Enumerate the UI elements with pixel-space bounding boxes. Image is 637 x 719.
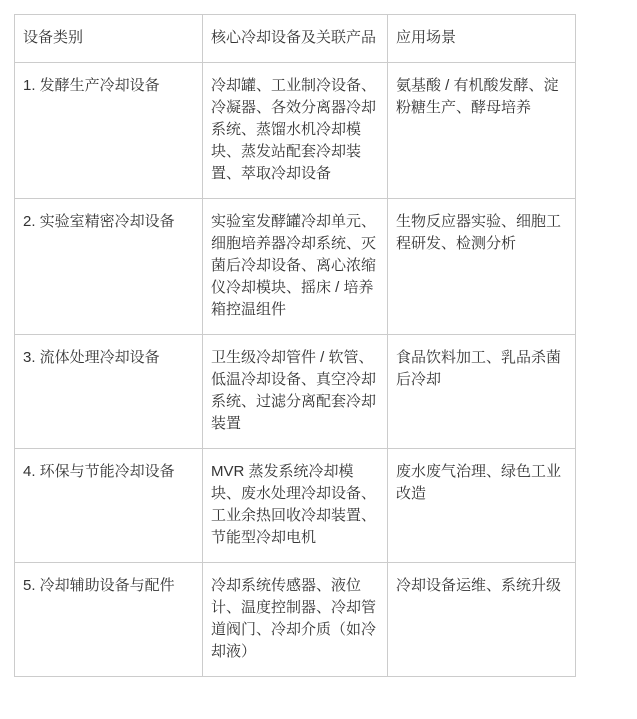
category-cell: 3. 流体处理冷却设备: [15, 335, 203, 449]
equipment-cell: 冷却系统传感器、液位计、温度控制器、冷却管道阀门、冷却介质（如冷却液）: [203, 563, 388, 677]
equipment-cell: 实验室发酵罐冷却单元、细胞培养器冷却系统、灭菌后冷却设备、离心浓缩仪冷却模块、摇…: [203, 199, 388, 335]
table-row: 1. 发酵生产冷却设备 冷却罐、工业制冷设备、冷凝器、各效分离器冷却系统、蒸馏水…: [15, 63, 576, 199]
header-core-cooling-equipment: 核心冷却设备及关联产品: [203, 15, 388, 63]
header-row: 设备类别 核心冷却设备及关联产品 应用场景: [15, 15, 576, 63]
category-cell: 4. 环保与节能冷却设备: [15, 449, 203, 563]
scenarios-cell: 生物反应器实验、细胞工程研发、检测分析: [388, 199, 576, 335]
category-cell: 1. 发酵生产冷却设备: [15, 63, 203, 199]
equipment-cell: MVR 蒸发系统冷却模块、废水处理冷却设备、工业余热回收冷却装置、节能型冷却电机: [203, 449, 388, 563]
category-cell: 2. 实验室精密冷却设备: [15, 199, 203, 335]
scenarios-cell: 冷却设备运维、系统升级: [388, 563, 576, 677]
scenarios-cell: 氨基酸 / 有机酸发酵、淀粉糖生产、酵母培养: [388, 63, 576, 199]
equipment-cell: 卫生级冷却管件 / 软管、低温冷却设备、真空冷却系统、过滤分离配套冷却装置: [203, 335, 388, 449]
scenarios-cell: 废水废气治理、绿色工业改造: [388, 449, 576, 563]
document-page: 设备类别 核心冷却设备及关联产品 应用场景 1. 发酵生产冷却设备 冷却罐、工业…: [0, 14, 637, 719]
table-row: 4. 环保与节能冷却设备 MVR 蒸发系统冷却模块、废水处理冷却设备、工业余热回…: [15, 449, 576, 563]
scenarios-cell: 食品饮料加工、乳品杀菌后冷却: [388, 335, 576, 449]
table-row: 2. 实验室精密冷却设备 实验室发酵罐冷却单元、细胞培养器冷却系统、灭菌后冷却设…: [15, 199, 576, 335]
table-row: 5. 冷却辅助设备与配件 冷却系统传感器、液位计、温度控制器、冷却管道阀门、冷却…: [15, 563, 576, 677]
header-equipment-category: 设备类别: [15, 15, 203, 63]
equipment-table: 设备类别 核心冷却设备及关联产品 应用场景 1. 发酵生产冷却设备 冷却罐、工业…: [14, 14, 576, 677]
category-cell: 5. 冷却辅助设备与配件: [15, 563, 203, 677]
table-row: 3. 流体处理冷却设备 卫生级冷却管件 / 软管、低温冷却设备、真空冷却系统、过…: [15, 335, 576, 449]
equipment-cell: 冷却罐、工业制冷设备、冷凝器、各效分离器冷却系统、蒸馏水机冷却模块、蒸发站配套冷…: [203, 63, 388, 199]
header-application-scenarios: 应用场景: [388, 15, 576, 63]
